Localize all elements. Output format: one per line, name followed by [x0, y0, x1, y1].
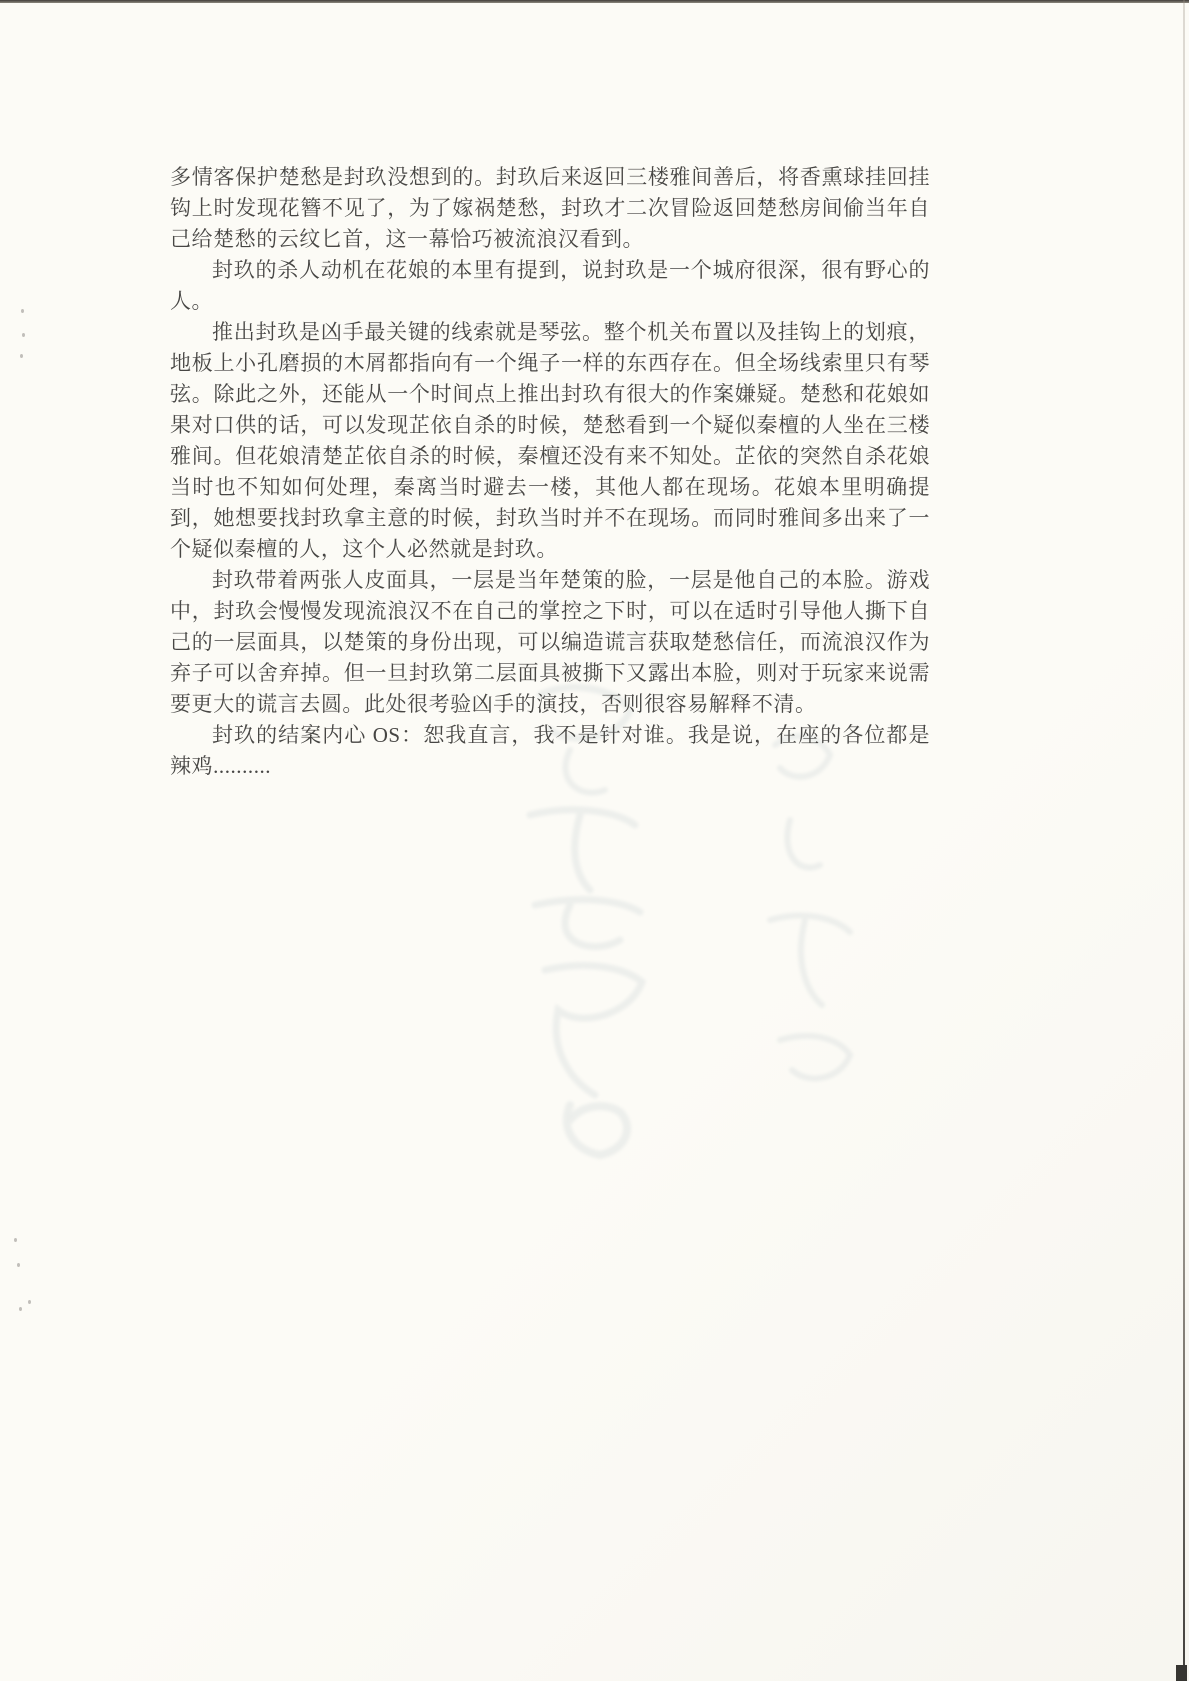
- scan-right-edge-line: [1183, 0, 1185, 1681]
- scan-speck: [19, 1307, 22, 1311]
- scan-speck: [14, 1238, 17, 1242]
- document-text: 多情客保护楚愁是封玖没想到的。封玖后来返回三楼雅间善后，将香熏球挂回挂钩上时发现…: [170, 162, 930, 782]
- scanned-document-page: 多情客保护楚愁是封玖没想到的。封玖后来返回三楼雅间善后，将香熏球挂回挂钩上时发现…: [0, 0, 1189, 1681]
- paragraph-1: 多情客保护楚愁是封玖没想到的。封玖后来返回三楼雅间善后，将香熏球挂回挂钩上时发现…: [170, 162, 930, 255]
- scan-top-edge-line: [0, 0, 1189, 3]
- scan-speck: [22, 333, 25, 337]
- paragraph-2: 封玖的杀人动机在花娘的本里有提到，说封玖是一个城府很深，很有野心的人。: [170, 255, 930, 317]
- paragraph-5: 封玖的结案内心 OS：恕我直言，我不是针对谁。我是说，在座的各位都是辣鸡....…: [170, 720, 930, 782]
- scan-speck: [17, 1263, 20, 1267]
- scan-speck: [21, 309, 24, 313]
- paragraph-4: 封玖带着两张人皮面具，一层是当年楚策的脸，一层是他自己的本脸。游戏中，封玖会慢慢…: [170, 565, 930, 720]
- scan-corner-mark: [1176, 1665, 1187, 1681]
- paragraph-3: 推出封玖是凶手最关键的线索就是琴弦。整个机关布置以及挂钩上的划痕，地板上小孔磨损…: [170, 317, 930, 565]
- scan-speck: [20, 354, 23, 358]
- scan-speck: [28, 1300, 31, 1304]
